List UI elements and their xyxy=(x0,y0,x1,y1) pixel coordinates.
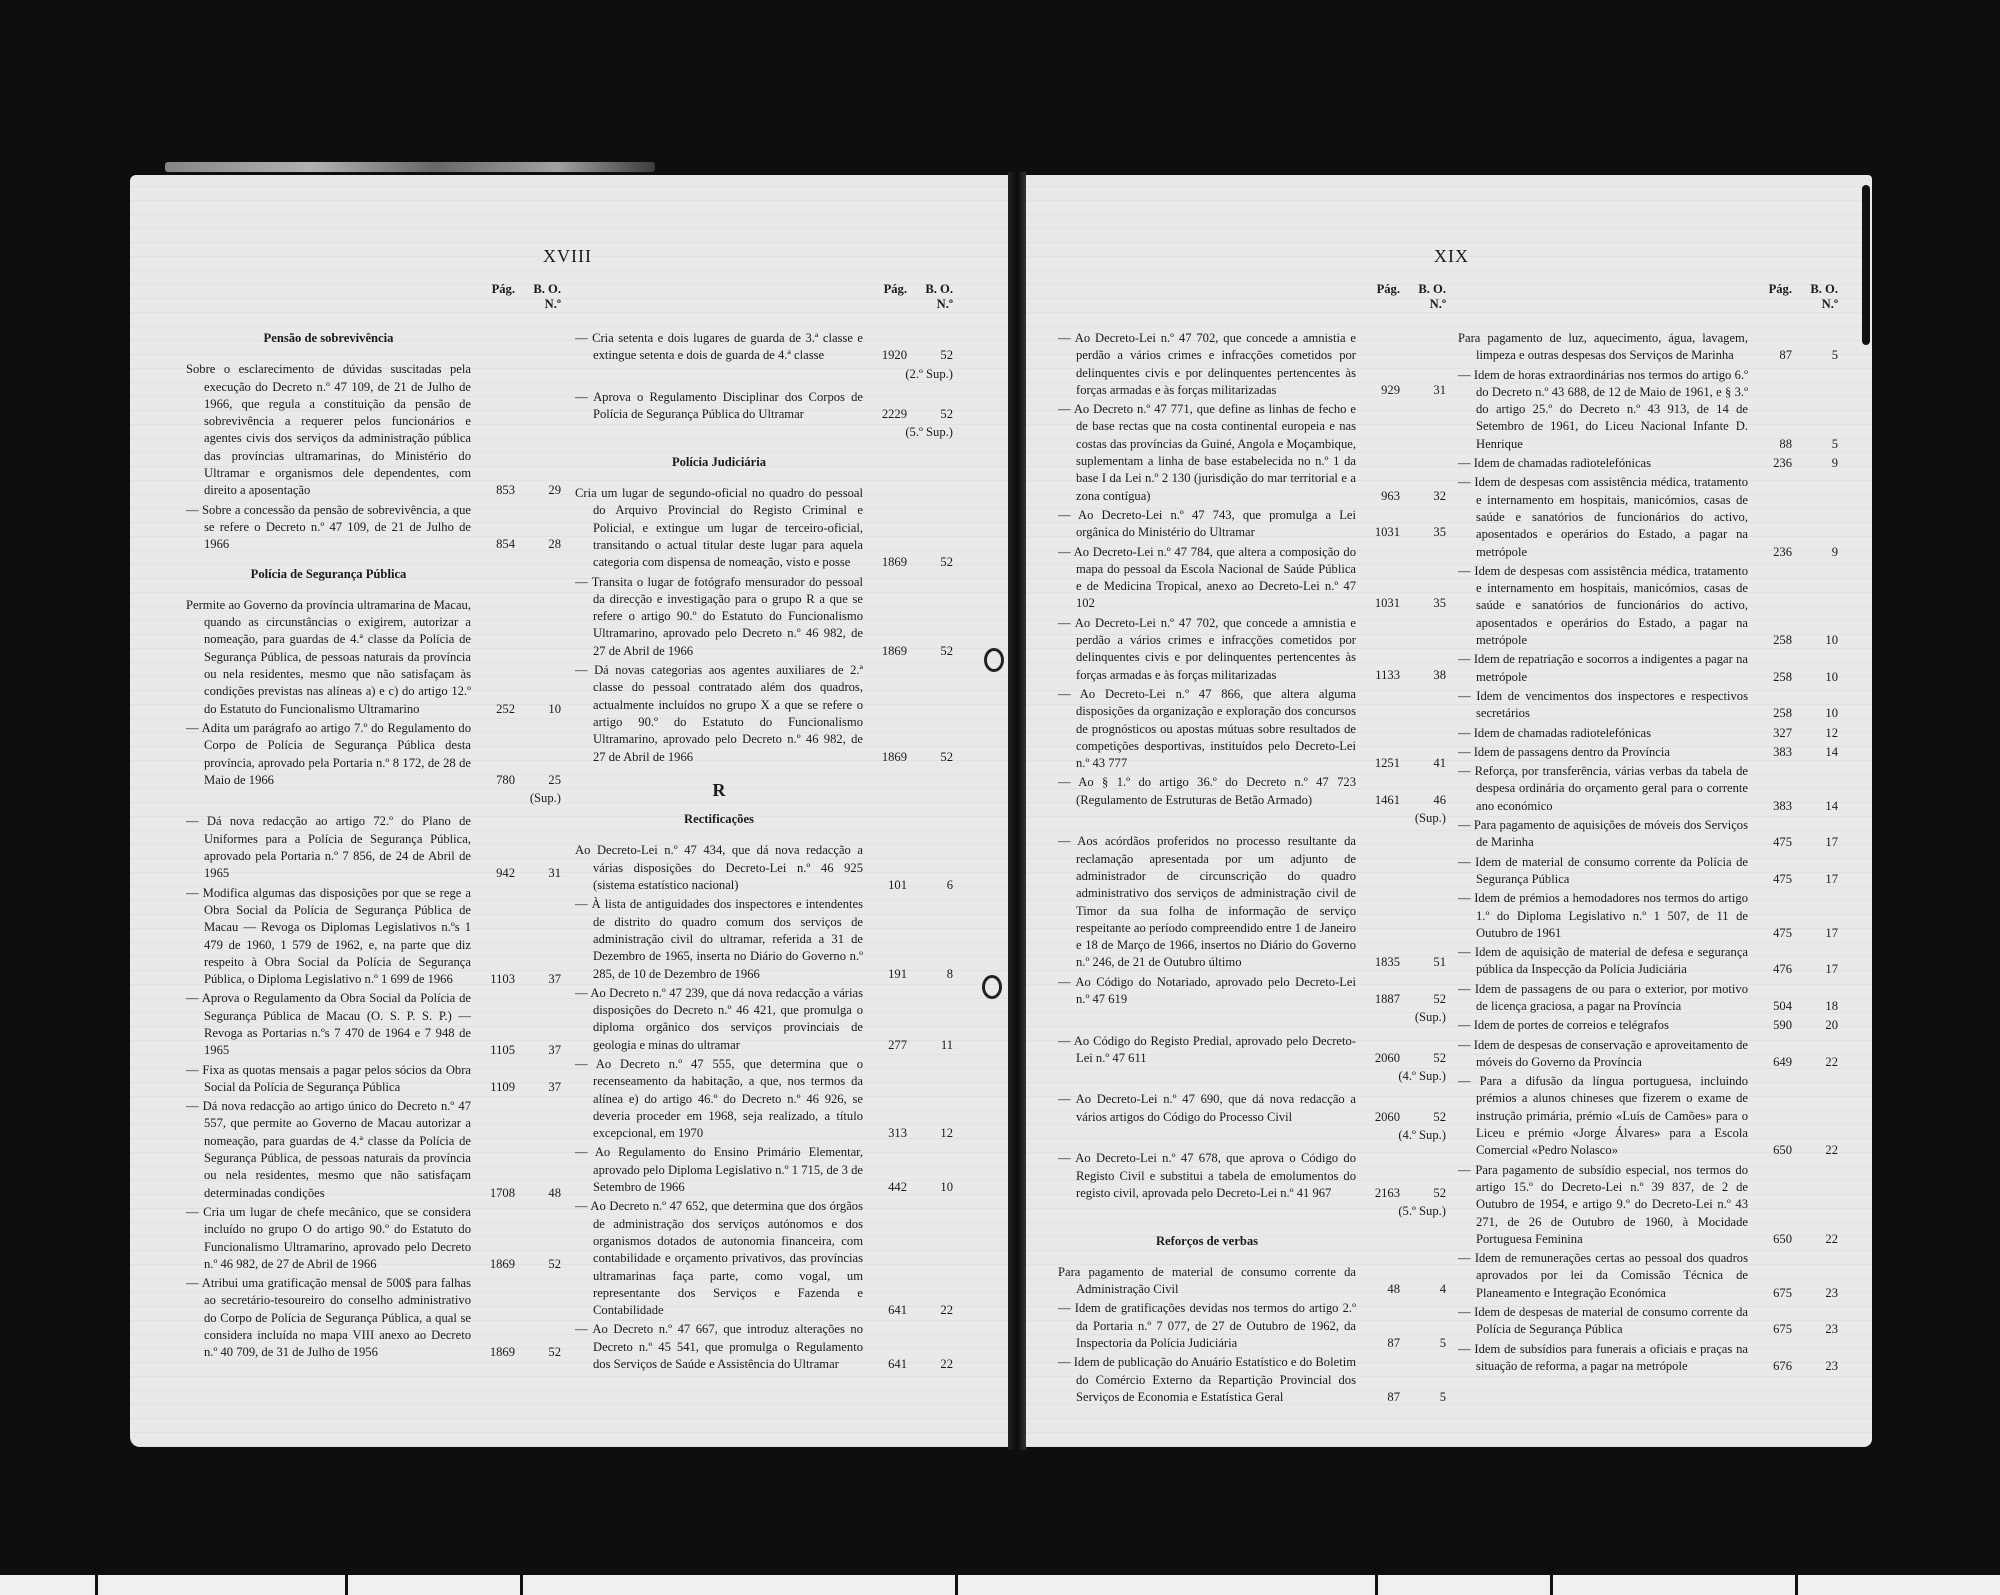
entry-description: — Dá nova redacção ao artigo único do De… xyxy=(186,1099,471,1199)
entry-description: — Ao Código do Notariado, aprovado pelo … xyxy=(1058,975,1356,1006)
entry-text: — Aos acórdãos proferidos no processo re… xyxy=(1058,833,1356,971)
entry-bo-number: 6 xyxy=(907,877,953,894)
index-entry: — Atribui uma gratificação mensal de 500… xyxy=(186,1275,561,1361)
entry-description: — Ao Decreto n.º 47 771, que define as l… xyxy=(1058,402,1356,502)
entry-page: 1887 xyxy=(1356,991,1400,1008)
entry-page: 475 xyxy=(1748,925,1792,942)
scan-mark xyxy=(955,1575,958,1595)
index-column-4: Pág.B. O.N.ºPara pagamento de luz, aquec… xyxy=(1458,282,1838,1377)
index-entry: — Ao Decreto n.º 47 667, que introduz al… xyxy=(575,1321,953,1373)
entry-bo-number: 35 xyxy=(1400,524,1446,541)
entry-page: 442 xyxy=(863,1179,907,1196)
index-entry: — Idem de portes de correios e telégrafo… xyxy=(1458,1017,1838,1034)
entry-page: 383 xyxy=(1748,744,1792,761)
index-entry: Para pagamento de material de consumo co… xyxy=(1058,1264,1446,1299)
entry-bo-number: 48 xyxy=(515,1185,561,1202)
header-bo-label: B. O. xyxy=(907,282,953,297)
entry-page: 252 xyxy=(471,701,515,718)
column-header: Pág.B. O.N.º xyxy=(1058,282,1446,312)
entry-description: Ao Decreto-Lei n.º 47 434, que dá nova r… xyxy=(575,843,863,892)
entry-bo-number: 25 xyxy=(515,772,561,789)
entry-description: — Sobre a concessão da pensão de sobrevi… xyxy=(186,503,471,552)
index-entry: — Aprova o Regulamento da Obra Social da… xyxy=(186,990,561,1059)
entry-bo-number: 38 xyxy=(1400,667,1446,684)
entry-text: — Idem de horas extraordinárias nos term… xyxy=(1458,367,1748,453)
scan-mark xyxy=(345,1575,348,1595)
index-entry: — Ao Decreto-Lei n.º 47 690, que dá nova… xyxy=(1058,1091,1446,1126)
entry-text: Permite ao Governo da província ultramar… xyxy=(186,597,471,718)
entry-page: 1251 xyxy=(1356,755,1400,772)
entry-description: — Idem de despesas com assistência médic… xyxy=(1458,475,1748,558)
entry-bo-number: 9 xyxy=(1792,544,1838,561)
header-pag: Pág. xyxy=(863,282,907,312)
index-entry: — Sobre a concessão da pensão de sobrevi… xyxy=(186,502,561,554)
index-entry: — Cria um lugar de chefe mecânico, que s… xyxy=(186,1204,561,1273)
index-entry: — Ao Decreto-Lei n.º 47 743, que promulg… xyxy=(1058,507,1446,542)
entry-page: 1031 xyxy=(1356,595,1400,612)
entry-page: 475 xyxy=(1748,871,1792,888)
entry-bo-number: 52 xyxy=(907,347,953,364)
index-entry: — Idem de chamadas radiotelefónicas2369 xyxy=(1458,455,1838,472)
entry-description: — Ao Decreto-Lei n.º 47 678, que aprova … xyxy=(1058,1151,1356,1200)
index-entry: — Idem de despesas com assistência médic… xyxy=(1458,474,1838,560)
entry-description: — Idem de prémios a hemodadores nos term… xyxy=(1458,891,1748,940)
index-entry: — Idem de aquisição de material de defes… xyxy=(1458,944,1838,979)
entry-description: — Adita um parágrafo ao artigo 7.º do Re… xyxy=(186,721,471,787)
header-bo: B. O.N.º xyxy=(1792,282,1838,312)
index-entry: — Ao Decreto-Lei n.º 47 702, que concede… xyxy=(1058,330,1446,399)
entry-page: 258 xyxy=(1748,632,1792,649)
entry-text: — Ao Código do Notariado, aprovado pelo … xyxy=(1058,974,1356,1009)
index-column-1: Pág.B. O.N.ºPensão de sobrevivênciaSobre… xyxy=(186,282,561,1364)
entry-page: 1708 xyxy=(471,1185,515,1202)
index-entry: — Idem de passagens de ou para o exterio… xyxy=(1458,981,1838,1016)
index-entry: — Idem de remunerações certas ao pessoal… xyxy=(1458,1250,1838,1302)
header-no-label: N.º xyxy=(1400,297,1446,312)
index-entry: Cria um lugar de segundo-oficial no quad… xyxy=(575,485,953,571)
entry-text: — Aprova o Regulamento Disciplinar dos C… xyxy=(575,389,863,424)
entry-text: — Idem de vencimentos dos inspectores e … xyxy=(1458,688,1748,723)
entry-description: — Para a difusão da língua portuguesa, i… xyxy=(1458,1074,1748,1157)
scan-edge-strip xyxy=(165,162,655,172)
entry-bo-number: 32 xyxy=(1400,488,1446,505)
entry-bo-number: 10 xyxy=(907,1179,953,1196)
index-entry: — Dá nova redacção ao artigo único do De… xyxy=(186,1098,561,1202)
entry-bo-number: 52 xyxy=(907,406,953,423)
entry-page: 236 xyxy=(1748,544,1792,561)
entry-bo-number: 52 xyxy=(1400,991,1446,1008)
entry-description: — Ao § 1.º do artigo 36.º do Decreto n.º… xyxy=(1058,775,1356,806)
entry-bo-number: 18 xyxy=(1792,998,1838,1015)
entry-bo-number: 5 xyxy=(1400,1335,1446,1352)
entry-text: — Cria um lugar de chefe mecânico, que s… xyxy=(186,1204,471,1273)
index-entry: — Idem de subsídios para funerais a ofic… xyxy=(1458,1341,1838,1376)
entry-description: — Idem de passagens de ou para o exterio… xyxy=(1458,982,1748,1013)
entry-text: Para pagamento de material de consumo co… xyxy=(1058,1264,1356,1299)
entry-bo-number: 52 xyxy=(907,554,953,571)
entry-page: 649 xyxy=(1748,1054,1792,1071)
header-bo: B. O.N.º xyxy=(1400,282,1446,312)
entry-page: 48 xyxy=(1356,1281,1400,1298)
supplement-row: (4.º Sup.) xyxy=(1058,1068,1446,1085)
entry-bo-number: 22 xyxy=(1792,1054,1838,1071)
entry-description: — Ao Decreto-Lei n.º 47 784, que altera … xyxy=(1058,545,1356,611)
entry-text: — Ao Decreto-Lei n.º 47 743, que promulg… xyxy=(1058,507,1356,542)
entry-page: 383 xyxy=(1748,798,1792,815)
index-entry: — Ao Decreto n.º 47 555, que determina q… xyxy=(575,1056,953,1142)
entry-page: 929 xyxy=(1356,382,1400,399)
entry-text: — Fixa as quotas mensais a pagar pelos s… xyxy=(186,1062,471,1097)
supplement-label: (Sup.) xyxy=(1356,1009,1446,1026)
supplement-label: (Sup.) xyxy=(1356,810,1446,827)
index-entry: — Idem de publicação do Anuário Estatíst… xyxy=(1058,1354,1446,1406)
entry-text: — Ao Código do Registo Predial, aprovado… xyxy=(1058,1033,1356,1068)
entry-bo-number: 5 xyxy=(1792,436,1838,453)
header-no-label: N.º xyxy=(515,297,561,312)
entry-bo-number: 23 xyxy=(1792,1321,1838,1338)
index-entry: — Idem de passagens dentro da Província3… xyxy=(1458,744,1838,761)
entry-text: — Dá novas categorias aos agentes auxili… xyxy=(575,662,863,766)
entry-bo-number: 52 xyxy=(515,1256,561,1273)
entry-page: 963 xyxy=(1356,488,1400,505)
scan-mark xyxy=(1795,1575,1798,1595)
entry-text: Para pagamento de luz, aquecimento, água… xyxy=(1458,330,1748,365)
index-entry: — Idem de despesas de conservação e apro… xyxy=(1458,1037,1838,1072)
header-pag: Pág. xyxy=(471,282,515,312)
entry-text: Cria um lugar de segundo-oficial no quad… xyxy=(575,485,863,571)
entry-page: 854 xyxy=(471,536,515,553)
entry-bo-number: 14 xyxy=(1792,744,1838,761)
entry-text: — Modifica algumas das disposições por q… xyxy=(186,885,471,989)
entry-description: — Idem de publicação do Anuário Estatíst… xyxy=(1058,1355,1356,1404)
index-entry: — Para pagamento de subsídio especial, n… xyxy=(1458,1162,1838,1248)
entry-text: — Ao Decreto-Lei n.º 47 866, que altera … xyxy=(1058,686,1356,772)
entry-text: — Ao Decreto n.º 47 771, que define as l… xyxy=(1058,401,1356,505)
entry-bo-number: 31 xyxy=(1400,382,1446,399)
index-entry: — Ao Decreto-Lei n.º 47 784, que altera … xyxy=(1058,544,1446,613)
index-entry: Sobre o esclarecimento de dúvidas suscit… xyxy=(186,361,561,499)
index-entry: Permite ao Governo da província ultramar… xyxy=(186,597,561,718)
entry-page: 1835 xyxy=(1356,954,1400,971)
index-entry: — À lista de antiguidades dos inspectore… xyxy=(575,896,953,982)
section-heading: Polícia de Segurança Pública xyxy=(186,566,561,583)
entry-text: — Cria setenta e dois lugares de guarda … xyxy=(575,330,863,365)
entry-page: 277 xyxy=(863,1037,907,1054)
supplement-label: (Sup.) xyxy=(471,790,561,807)
entry-bo-number: 41 xyxy=(1400,755,1446,772)
index-entry: — Ao Código do Registo Predial, aprovado… xyxy=(1058,1033,1446,1068)
index-entry: — Aprova o Regulamento Disciplinar dos C… xyxy=(575,389,953,424)
entry-text: — Idem de despesas de conservação e apro… xyxy=(1458,1037,1748,1072)
supplement-label: (2.º Sup.) xyxy=(863,366,953,383)
entry-text: — Ao Decreto n.º 47 667, que introduz al… xyxy=(575,1321,863,1373)
entry-text: — Idem de aquisição de material de defes… xyxy=(1458,944,1748,979)
entry-description: — Para pagamento de subsídio especial, n… xyxy=(1458,1163,1748,1246)
entry-text: — Idem de publicação do Anuário Estatíst… xyxy=(1058,1354,1356,1406)
entry-description: — Atribui uma gratificação mensal de 500… xyxy=(186,1276,471,1359)
column-header: Pág.B. O.N.º xyxy=(575,282,953,312)
entry-description: — Idem de despesas com assistência médic… xyxy=(1458,564,1748,647)
index-entry: — Para a difusão da língua portuguesa, i… xyxy=(1458,1073,1838,1159)
index-entry: — Modifica algumas das disposições por q… xyxy=(186,885,561,989)
entry-text: — Idem de passagens dentro da Província xyxy=(1458,744,1748,761)
index-entry: — Cria setenta e dois lugares de guarda … xyxy=(575,330,953,365)
entry-page: 258 xyxy=(1748,669,1792,686)
entry-bo-number: 52 xyxy=(907,749,953,766)
entry-text: — Ao § 1.º do artigo 36.º do Decreto n.º… xyxy=(1058,774,1356,809)
header-bo: B. O.N.º xyxy=(907,282,953,312)
entry-page: 2060 xyxy=(1356,1109,1400,1126)
entry-text: — Idem de portes de correios e telégrafo… xyxy=(1458,1017,1748,1034)
entry-description: — Cria setenta e dois lugares de guarda … xyxy=(575,331,863,362)
entry-description: — Cria um lugar de chefe mecânico, que s… xyxy=(186,1205,471,1271)
entry-text: — Para a difusão da língua portuguesa, i… xyxy=(1458,1073,1748,1159)
entry-bo-number: 35 xyxy=(1400,595,1446,612)
header-no-label: N.º xyxy=(1792,297,1838,312)
scan-mark xyxy=(1375,1575,1378,1595)
entry-description: — Ao Decreto n.º 47 652, que determina q… xyxy=(575,1199,863,1317)
supplement-label: (5.º Sup.) xyxy=(1356,1203,1446,1220)
letter-heading: R xyxy=(575,782,953,799)
entry-text: — Idem de remunerações certas ao pessoal… xyxy=(1458,1250,1748,1302)
index-entry: — Idem de gratificações devidas nos term… xyxy=(1058,1300,1446,1352)
entry-description: — Ao Decreto n.º 47 555, que determina q… xyxy=(575,1057,863,1140)
entry-bo-number: 29 xyxy=(515,482,561,499)
entry-page: 87 xyxy=(1356,1389,1400,1406)
entry-bo-number: 4 xyxy=(1400,1281,1446,1298)
index-entry: — Ao Decreto n.º 47 771, que define as l… xyxy=(1058,401,1446,505)
index-entry: — Ao Código do Notariado, aprovado pelo … xyxy=(1058,974,1446,1009)
entry-page: 1461 xyxy=(1356,792,1400,809)
entry-bo-number: 52 xyxy=(907,643,953,660)
supplement-label: (4.º Sup.) xyxy=(1356,1127,1446,1144)
entry-page: 504 xyxy=(1748,998,1792,1015)
entry-text: — Ao Decreto-Lei n.º 47 784, que altera … xyxy=(1058,544,1356,613)
entry-bo-number: 12 xyxy=(1792,725,1838,742)
index-entry: — Idem de prémios a hemodadores nos term… xyxy=(1458,890,1838,942)
index-entry: — Idem de material de consumo corrente d… xyxy=(1458,854,1838,889)
entry-page: 88 xyxy=(1748,436,1792,453)
column-header: Pág.B. O.N.º xyxy=(1458,282,1838,312)
section-heading: Polícia Judiciária xyxy=(575,454,953,471)
entry-description: — Idem de portes de correios e telégrafo… xyxy=(1458,1018,1669,1032)
header-pag: Pág. xyxy=(1748,282,1792,312)
entry-text: — Dá nova redacção ao artigo 72.º do Pla… xyxy=(186,813,471,882)
entry-bo-number: 10 xyxy=(515,701,561,718)
entry-text: — Idem de chamadas radiotelefónicas xyxy=(1458,455,1748,472)
entry-description: — Ao Regulamento do Ensino Primário Elem… xyxy=(575,1145,863,1194)
entry-page: 942 xyxy=(471,865,515,882)
supplement-row: (5.º Sup.) xyxy=(575,424,953,441)
entry-description: Sobre o esclarecimento de dúvidas suscit… xyxy=(186,362,471,497)
entry-text: — Dá nova redacção ao artigo único do De… xyxy=(186,1098,471,1202)
header-bo-label: B. O. xyxy=(515,282,561,297)
entry-text: — Ao Decreto-Lei n.º 47 690, que dá nova… xyxy=(1058,1091,1356,1126)
entry-description: — Aprova o Regulamento Disciplinar dos C… xyxy=(575,390,863,421)
entry-description: Para pagamento de material de consumo co… xyxy=(1058,1265,1356,1296)
entry-text: — Idem de despesas de material de consum… xyxy=(1458,1304,1748,1339)
index-entry: — Idem de despesas de material de consum… xyxy=(1458,1304,1838,1339)
index-entry: — Para pagamento de aquisições de móveis… xyxy=(1458,817,1838,852)
entry-bo-number: 23 xyxy=(1792,1358,1838,1375)
index-entry: — Reforça, por transferência, várias ver… xyxy=(1458,763,1838,815)
entry-page: 87 xyxy=(1748,347,1792,364)
entry-bo-number: 28 xyxy=(515,536,561,553)
index-entry: — Ao Decreto-Lei n.º 47 702, que concede… xyxy=(1058,615,1446,684)
entry-bo-number: 51 xyxy=(1400,954,1446,971)
entry-page: 475 xyxy=(1748,834,1792,851)
entry-page: 258 xyxy=(1748,705,1792,722)
index-entry: Para pagamento de luz, aquecimento, água… xyxy=(1458,330,1838,365)
entry-text: — Atribui uma gratificação mensal de 500… xyxy=(186,1275,471,1361)
section-heading: Reforços de verbas xyxy=(1058,1233,1446,1250)
entry-page: 1869 xyxy=(471,1256,515,1273)
entry-page: 1031 xyxy=(1356,524,1400,541)
supplement-row: (2.º Sup.) xyxy=(575,366,953,383)
entry-text: — Ao Decreto-Lei n.º 47 702, que concede… xyxy=(1058,615,1356,684)
entry-page: 675 xyxy=(1748,1285,1792,1302)
index-entry: — Adita um parágrafo ao artigo 7.º do Re… xyxy=(186,720,561,789)
entry-page: 675 xyxy=(1748,1321,1792,1338)
entry-description: — Ao Código do Registo Predial, aprovado… xyxy=(1058,1034,1356,1065)
entry-page: 1869 xyxy=(863,643,907,660)
entry-text: Ao Decreto-Lei n.º 47 434, que dá nova r… xyxy=(575,842,863,894)
entry-description: — Idem de subsídios para funerais a ofic… xyxy=(1458,1342,1748,1373)
entry-text: — Aprova o Regulamento da Obra Social da… xyxy=(186,990,471,1059)
supplement-row: (Sup.) xyxy=(1058,1009,1446,1026)
entry-description: — Dá nova redacção ao artigo 72.º do Pla… xyxy=(186,814,471,880)
header-bo-label: B. O. xyxy=(1400,282,1446,297)
entry-description: — Dá novas categorias aos agentes auxili… xyxy=(575,663,863,763)
entry-text: — Transita o lugar de fotógrafo mensurad… xyxy=(575,574,863,660)
section-heading: Pensão de sobrevivência xyxy=(186,330,561,347)
supplement-row: (Sup.) xyxy=(186,790,561,807)
entry-description: — Ao Decreto-Lei n.º 47 866, que altera … xyxy=(1058,687,1356,770)
index-entry: — Idem de horas extraordinárias nos term… xyxy=(1458,367,1838,453)
entry-description: — Idem de material de consumo corrente d… xyxy=(1458,855,1748,886)
entry-text: — Ao Regulamento do Ensino Primário Elem… xyxy=(575,1144,863,1196)
entry-bo-number: 22 xyxy=(1792,1142,1838,1159)
entry-description: — Ao Decreto-Lei n.º 47 743, que promulg… xyxy=(1058,508,1356,539)
book-spine-fold xyxy=(1008,172,1026,1450)
entry-description: — Idem de horas extraordinárias nos term… xyxy=(1458,368,1748,451)
entry-page: 313 xyxy=(863,1125,907,1142)
entry-page: 1869 xyxy=(471,1344,515,1361)
entry-bo-number: 10 xyxy=(1792,669,1838,686)
index-entry: — Ao Decreto-Lei n.º 47 678, que aprova … xyxy=(1058,1150,1446,1202)
entry-page: 780 xyxy=(471,772,515,789)
entry-bo-number: 10 xyxy=(1792,705,1838,722)
header-bo: B. O.N.º xyxy=(515,282,561,312)
index-entry: — Transita o lugar de fotógrafo mensurad… xyxy=(575,574,953,660)
entry-description: — Idem de passagens dentro da Província xyxy=(1458,745,1670,759)
entry-page: 2060 xyxy=(1356,1050,1400,1067)
entry-bo-number: 22 xyxy=(907,1302,953,1319)
entry-bo-number: 17 xyxy=(1792,834,1838,851)
entry-description: — Idem de remunerações certas ao pessoal… xyxy=(1458,1251,1748,1300)
entry-page: 1105 xyxy=(471,1042,515,1059)
entry-page: 650 xyxy=(1748,1231,1792,1248)
entry-description: — Aprova o Regulamento da Obra Social da… xyxy=(186,991,471,1057)
entry-bo-number: 23 xyxy=(1792,1285,1838,1302)
entry-page: 476 xyxy=(1748,961,1792,978)
entry-text: — Idem de repatriação e socorros a indig… xyxy=(1458,651,1748,686)
entry-description: — Idem de vencimentos dos inspectores e … xyxy=(1458,689,1748,720)
entry-text: — Para pagamento de subsídio especial, n… xyxy=(1458,1162,1748,1248)
entry-page: 641 xyxy=(863,1302,907,1319)
entry-description: — Idem de aquisição de material de defes… xyxy=(1458,945,1748,976)
entry-text: — Ao Decreto n.º 47 652, que determina q… xyxy=(575,1198,863,1319)
entry-text: — Sobre a concessão da pensão de sobrevi… xyxy=(186,502,471,554)
entry-description: — Ao Decreto-Lei n.º 47 702, que concede… xyxy=(1058,616,1356,682)
entry-text: — Idem de prémios a hemodadores nos term… xyxy=(1458,890,1748,942)
entry-bo-number: 22 xyxy=(907,1356,953,1373)
entry-text: — Idem de gratificações devidas nos term… xyxy=(1058,1300,1356,1352)
entry-description: — Idem de chamadas radiotelefónicas xyxy=(1458,456,1651,470)
entry-description: — Idem de chamadas radiotelefónicas xyxy=(1458,726,1651,740)
entry-description: — Reforça, por transferência, várias ver… xyxy=(1458,764,1748,813)
entry-bo-number: 52 xyxy=(1400,1050,1446,1067)
column-header: Pág.B. O.N.º xyxy=(186,282,561,312)
entry-text: — Para pagamento de aquisições de móveis… xyxy=(1458,817,1748,852)
entry-description: — Ao Decreto-Lei n.º 47 690, que dá nova… xyxy=(1058,1092,1356,1123)
entry-page: 1869 xyxy=(863,749,907,766)
supplement-row: (Sup.) xyxy=(1058,810,1446,827)
entry-page: 1103 xyxy=(471,971,515,988)
index-entry: — Idem de chamadas radiotelefónicas32712 xyxy=(1458,725,1838,742)
index-entry: — Ao Decreto n.º 47 239, que dá nova red… xyxy=(575,985,953,1054)
entry-bo-number: 52 xyxy=(515,1344,561,1361)
entry-bo-number: 37 xyxy=(515,971,561,988)
entry-description: — Fixa as quotas mensais a pagar pelos s… xyxy=(186,1063,471,1094)
entry-description: — Idem de gratificações devidas nos term… xyxy=(1058,1301,1356,1350)
entry-page: 1133 xyxy=(1356,667,1400,684)
entry-text: — Reforça, por transferência, várias ver… xyxy=(1458,763,1748,815)
entry-bo-number: 46 xyxy=(1400,792,1446,809)
entry-bo-number: 14 xyxy=(1792,798,1838,815)
entry-page: 590 xyxy=(1748,1017,1792,1034)
entry-description: — Para pagamento de aquisições de móveis… xyxy=(1458,818,1748,849)
entry-page: 87 xyxy=(1356,1335,1400,1352)
entry-description: — À lista de antiguidades dos inspectore… xyxy=(575,897,863,980)
entry-text: — Idem de passagens de ou para o exterio… xyxy=(1458,981,1748,1016)
entry-description: — Modifica algumas das disposições por q… xyxy=(186,886,471,986)
entry-bo-number: 11 xyxy=(907,1037,953,1054)
index-entry: — Ao Decreto n.º 47 652, que determina q… xyxy=(575,1198,953,1319)
entry-page: 1920 xyxy=(863,347,907,364)
entry-text: — À lista de antiguidades dos inspectore… xyxy=(575,896,863,982)
scan-mark xyxy=(95,1575,98,1595)
supplement-row: (4.º Sup.) xyxy=(1058,1127,1446,1144)
entry-bo-number: 17 xyxy=(1792,871,1838,888)
entry-description: — Idem de repatriação e socorros a indig… xyxy=(1458,652,1748,683)
entry-page: 236 xyxy=(1748,455,1792,472)
entry-text: — Ao Decreto-Lei n.º 47 702, que concede… xyxy=(1058,330,1356,399)
entry-description: Permite ao Governo da província ultramar… xyxy=(186,598,471,716)
entry-bo-number: 8 xyxy=(907,966,953,983)
entry-text: — Adita um parágrafo ao artigo 7.º do Re… xyxy=(186,720,471,789)
entry-description: — Transita o lugar de fotógrafo mensurad… xyxy=(575,575,863,658)
entry-bo-number: 5 xyxy=(1400,1389,1446,1406)
section-heading: Rectificações xyxy=(575,811,953,828)
index-entry: — Aos acórdãos proferidos no processo re… xyxy=(1058,833,1446,971)
entry-text: — Idem de despesas com assistência médic… xyxy=(1458,563,1748,649)
binding-ring-icon xyxy=(984,648,1004,672)
entry-page: 641 xyxy=(863,1356,907,1373)
entry-description: — Aos acórdãos proferidos no processo re… xyxy=(1058,834,1356,969)
entry-bo-number: 10 xyxy=(1792,632,1838,649)
index-column-2: Pág.B. O.N.º— Cria setenta e dois lugare… xyxy=(575,282,953,1375)
